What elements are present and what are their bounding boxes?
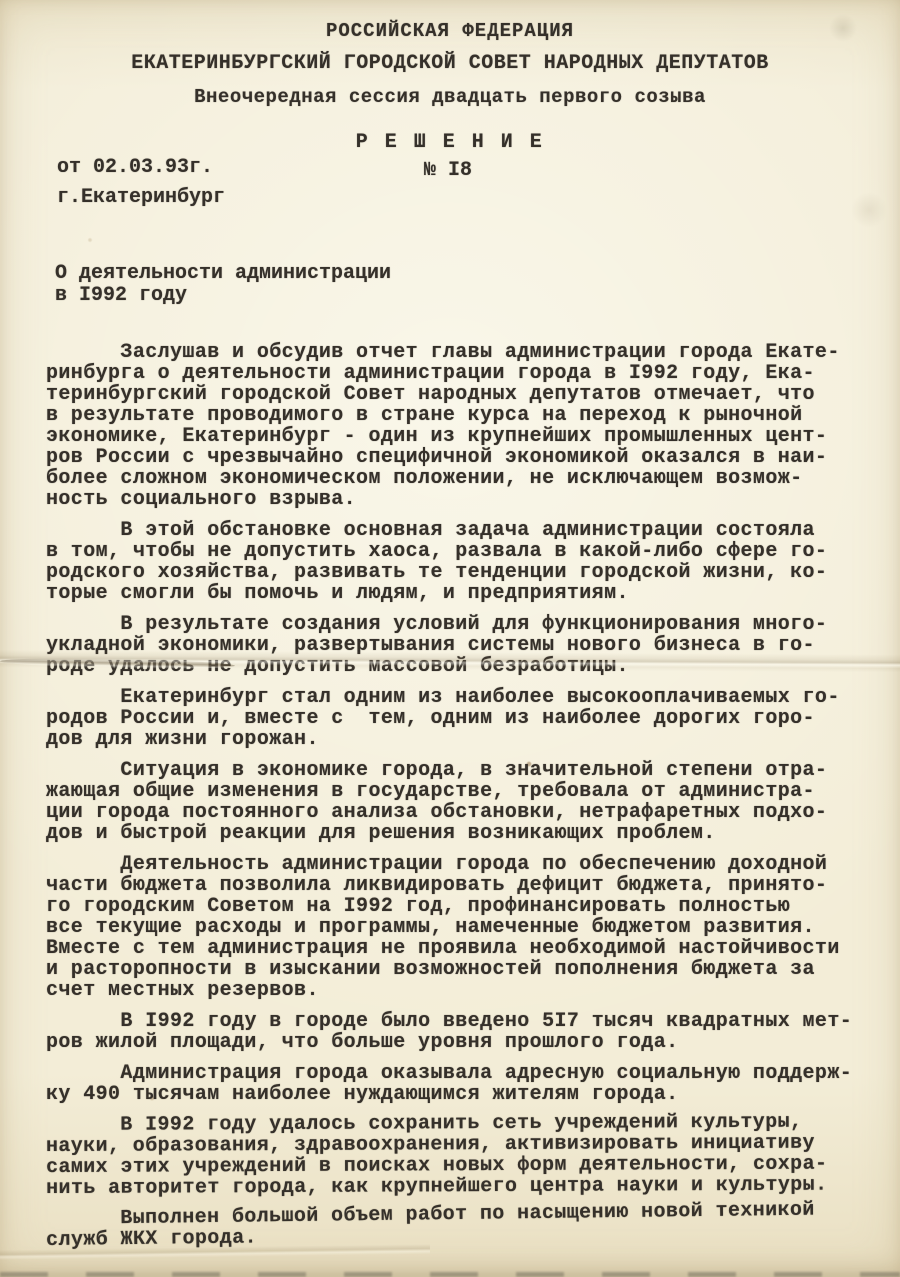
body-paragraph: Екатеринбург стал одним из наиболее высо… xyxy=(46,687,874,750)
header-council-line: ЕКАТЕРИНБУРГСКИЙ ГОРОДСКОЙ СОВЕТ НАРОДНЫ… xyxy=(0,52,900,75)
document-body: Заслушав и обсудив отчет главы администр… xyxy=(46,342,874,1261)
document-date: от 02.03.93г. xyxy=(57,156,213,179)
header-country-line: РОССИЙСКАЯ ФЕДЕРАЦИЯ xyxy=(0,20,900,42)
body-paragraph: Администрация города оказывала адресную … xyxy=(46,1063,874,1105)
scanned-document-page: РОССИЙСКАЯ ФЕДЕРАЦИЯ ЕКАТЕРИНБУРГСКИЙ ГО… xyxy=(0,0,900,1277)
body-paragraph: Выполнен большой объем работ по насыщени… xyxy=(46,1199,874,1251)
body-paragraph: В этой обстановке основная задача админи… xyxy=(46,520,874,604)
body-paragraph: В I992 году удалось сохранить сеть учреж… xyxy=(46,1111,874,1199)
body-paragraph: Ситуация в экономике города, в значитель… xyxy=(46,760,874,844)
scan-bottom-edge-shadow xyxy=(0,1272,900,1277)
document-type-title: Р Е Ш Е Н И Е xyxy=(0,131,900,154)
document-subject: О деятельности администрации в I992 году xyxy=(55,263,391,306)
body-paragraph: Деятельность администрации города по обе… xyxy=(46,854,874,1001)
body-paragraph: В I992 году в городе было введено 5I7 ты… xyxy=(46,1011,874,1053)
body-paragraph: В результате создания условий для функци… xyxy=(46,614,874,677)
document-number: № I8 xyxy=(424,159,472,182)
header-session-line: Внеочередная сессия двадцать первого соз… xyxy=(0,86,900,108)
document-city: г.Екатеринбург xyxy=(57,186,225,209)
body-paragraph: Заслушав и обсудив отчет главы администр… xyxy=(46,342,874,510)
